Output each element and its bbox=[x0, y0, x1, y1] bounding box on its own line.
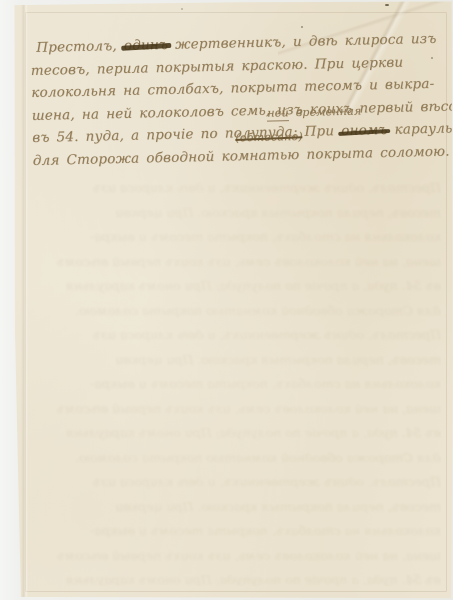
interlinear-insertion: (обтесано) bbox=[235, 131, 303, 145]
inserted-word: (обтесано) bbox=[235, 130, 303, 145]
text-segment: караульня bbox=[387, 120, 453, 138]
manuscript-page: Престолъ, одинъ жертвенникъ, и двѣ клиро… bbox=[0, 0, 453, 600]
text-segment: жертвенникъ, и двѣ клироса изъ bbox=[168, 31, 437, 53]
paper-left-fold bbox=[21, 0, 28, 600]
ink-speck bbox=[301, 26, 303, 28]
handwritten-text-block: Престолъ, одинъ жертвенникъ, и двѣ клиро… bbox=[30, 28, 439, 173]
inserted-word: временная bbox=[296, 105, 362, 119]
ink-speck bbox=[181, 8, 183, 10]
scan-background: Престолъ, одинъ жертвенникъ, и двѣ клиро… bbox=[0, 0, 453, 600]
struck-word: ономъ bbox=[341, 122, 388, 139]
interlinear-insertion: нейвременная bbox=[267, 106, 361, 120]
text-segment: Престолъ, bbox=[36, 38, 124, 56]
ink-speck bbox=[385, 4, 389, 6]
struck-word: одинъ bbox=[124, 37, 169, 54]
inserted-word: ней bbox=[267, 107, 289, 122]
